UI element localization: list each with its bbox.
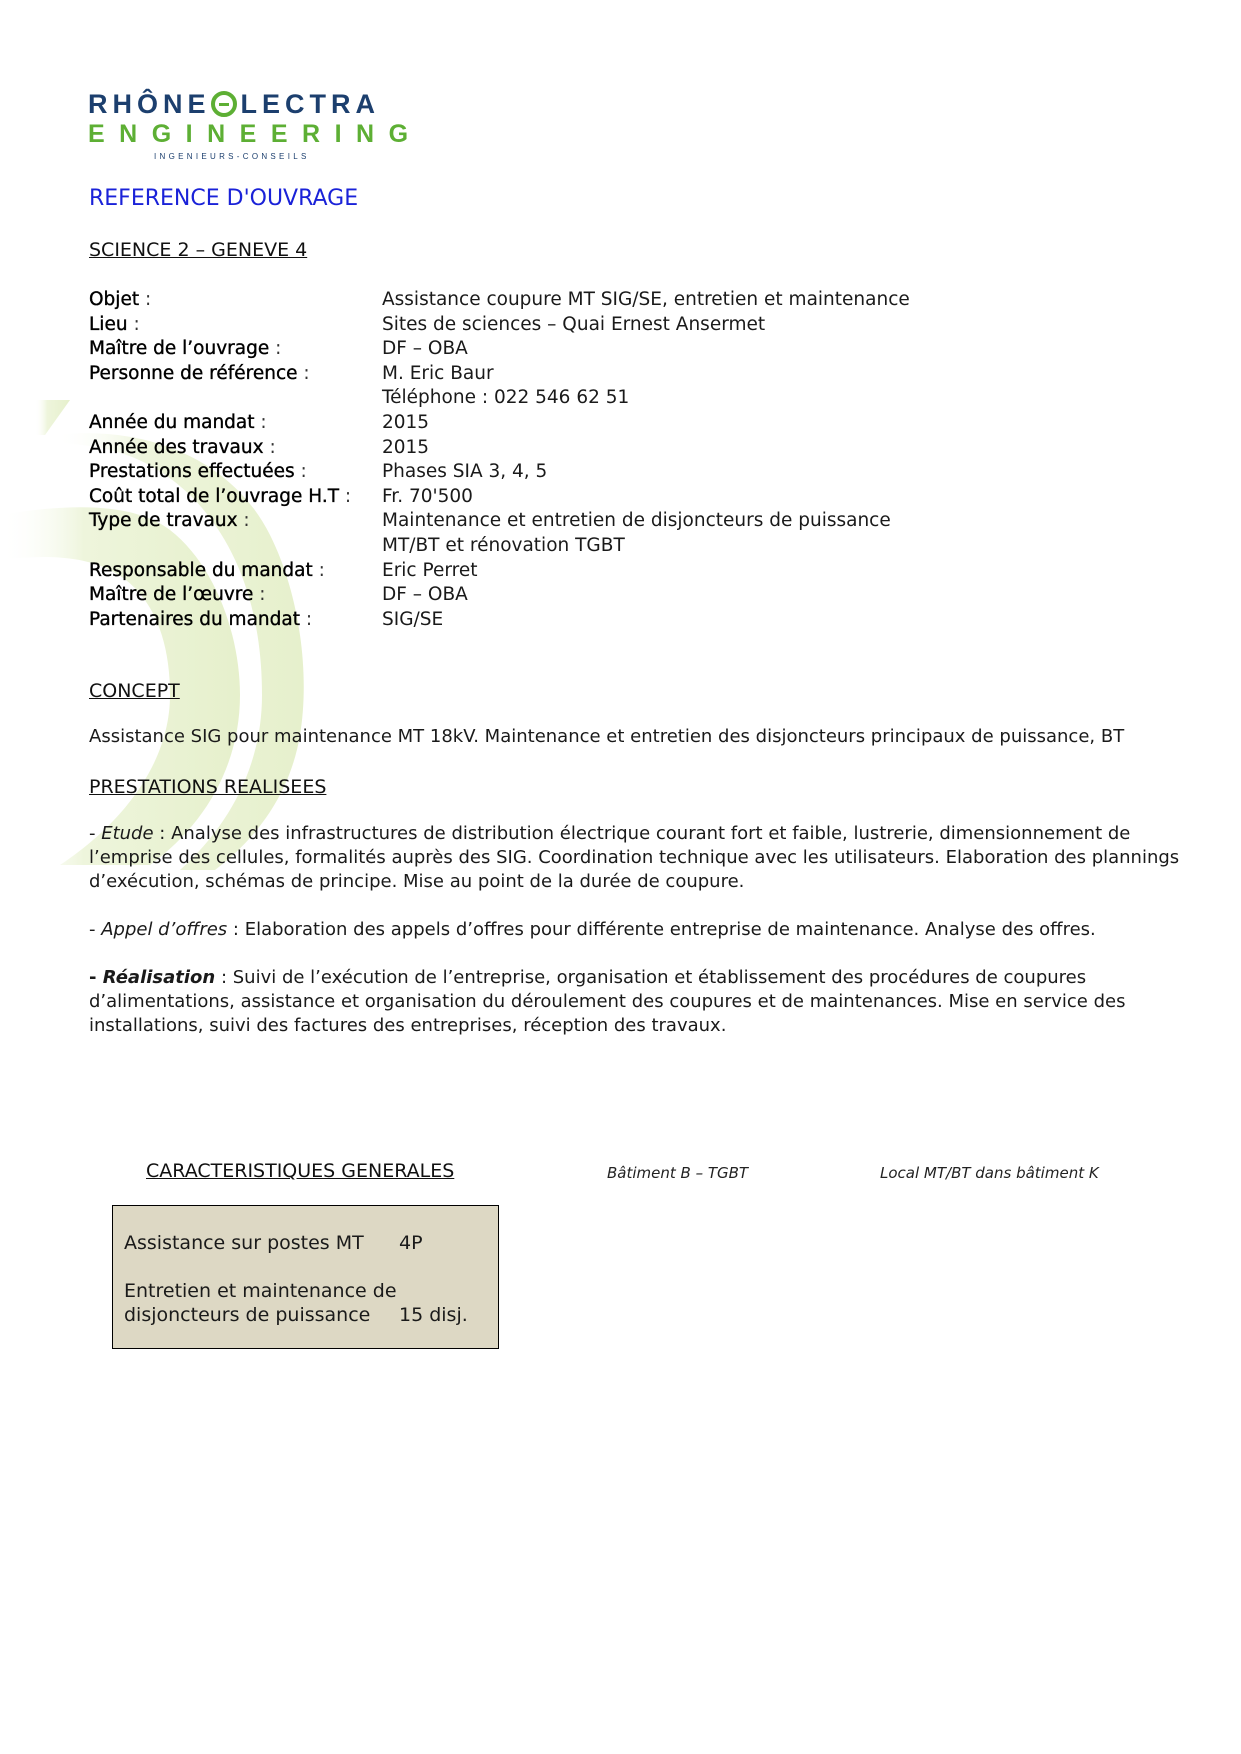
info-label: Prestations effectuées :	[89, 460, 382, 485]
caracteristiques-table: Assistance sur postes MT 4P Entretien et…	[112, 1205, 499, 1349]
info-label: Coût total de l’ouvrage H.T :	[89, 485, 382, 510]
info-label-text: Coût total de l’ouvrage H.T	[89, 486, 339, 507]
info-label: Maître de l’œuvre :	[89, 583, 382, 608]
table-row: Entretien et maintenance de disjoncteurs…	[124, 1279, 488, 1327]
logo-e-icon	[211, 91, 237, 117]
info-label-text: Maître de l’ouvrage	[89, 338, 269, 359]
info-label-text: Type de travaux	[89, 510, 238, 531]
caracteristiques-heading: CARACTERISTIQUES GENERALES	[146, 1160, 454, 1182]
prestation-etude: - Etude : Analyse des infrastructures de…	[89, 822, 1199, 894]
info-label-colon: :	[269, 338, 281, 359]
info-label-text: Année des travaux	[89, 437, 264, 458]
info-label-colon: :	[339, 486, 351, 507]
info-label: Lieu :	[89, 313, 382, 338]
info-row: Objet :Assistance coupure MT SIG/SE, ent…	[89, 288, 910, 313]
info-label: Année du mandat :	[89, 411, 382, 436]
info-value: Assistance coupure MT SIG/SE, entretien …	[382, 288, 910, 313]
info-label-text: Personne de référence	[89, 363, 298, 384]
info-row: Partenaires du mandat :SIG/SE	[89, 608, 910, 633]
info-value: Fr. 70'500	[382, 485, 473, 510]
info-label-colon: :	[295, 461, 307, 482]
photo-caption-batiment-b: Bâtiment B – TGBT	[607, 1164, 748, 1182]
info-label-text: Année du mandat	[89, 412, 255, 433]
logo-text-lectra: LECTRA	[241, 89, 381, 120]
characteristic-value: 4P	[399, 1231, 423, 1255]
logo-text-engineering: ENGINEERING	[88, 120, 388, 150]
characteristic-label: Entretien et maintenance de disjoncteurs…	[124, 1279, 399, 1327]
document-title: REFERENCE D'OUVRAGE	[89, 186, 358, 211]
prestation-keyword: Appel d’offres	[101, 919, 227, 940]
info-label: Responsable du mandat :	[89, 559, 382, 584]
info-label-colon: :	[139, 289, 151, 310]
bullet-dash: -	[89, 823, 101, 844]
info-row: Coût total de l’ouvrage H.T :Fr. 70'500	[89, 485, 910, 510]
info-label-colon: :	[300, 609, 312, 630]
info-value: Maintenance et entretien de disjoncteurs…	[382, 509, 891, 558]
info-label: Partenaires du mandat :	[89, 608, 382, 633]
characteristic-value: 15 disj.	[399, 1303, 468, 1327]
project-info-list: Objet :Assistance coupure MT SIG/SE, ent…	[89, 288, 910, 632]
info-label-colon: :	[255, 412, 267, 433]
info-label-colon: :	[264, 437, 276, 458]
concept-heading: CONCEPT	[89, 680, 180, 702]
info-label-colon: :	[298, 363, 310, 384]
info-row: Année des travaux :2015	[89, 436, 910, 461]
info-label-colon: :	[313, 560, 325, 581]
project-title: SCIENCE 2 – GENEVE 4	[89, 239, 307, 261]
info-value: 2015	[382, 436, 429, 461]
company-logo: RHÔNE LECTRA ENGINEERING INGENIEURS-CONS…	[88, 88, 388, 161]
info-value: 2015	[382, 411, 429, 436]
separator: :	[154, 823, 172, 844]
info-label-text: Responsable du mandat	[89, 560, 313, 581]
info-value: DF – OBA	[382, 583, 468, 608]
characteristic-label: Assistance sur postes MT	[124, 1231, 399, 1255]
info-value: SIG/SE	[382, 608, 443, 633]
logo-tagline: INGENIEURS-CONSEILS	[154, 152, 388, 161]
table-row: Assistance sur postes MT 4P	[124, 1231, 488, 1255]
bullet-dash: -	[89, 967, 103, 988]
info-row: Année du mandat :2015	[89, 411, 910, 436]
info-label-colon: :	[253, 584, 265, 605]
prestation-text: Analyse des infrastructures de distribut…	[89, 823, 1179, 892]
prestation-realisation: - Réalisation : Suivi de l’exécution de …	[89, 966, 1199, 1038]
info-row: Personne de référence :M. Eric Baur Télé…	[89, 362, 910, 411]
info-label-text: Partenaires du mandat	[89, 609, 300, 630]
prestation-appel-offres: - Appel d’offres : Elaboration des appel…	[89, 918, 1199, 942]
info-label-colon: :	[238, 510, 250, 531]
separator: :	[227, 919, 245, 940]
prestation-text: Elaboration des appels d’offres pour dif…	[245, 919, 1096, 940]
info-label: Objet :	[89, 288, 382, 313]
info-label-text: Prestations effectuées	[89, 461, 295, 482]
info-label-text: Objet	[89, 289, 139, 310]
info-row: Type de travaux :Maintenance et entretie…	[89, 509, 910, 558]
info-row: Lieu :Sites de sciences – Quai Ernest An…	[89, 313, 910, 338]
info-label: Maître de l’ouvrage :	[89, 337, 382, 362]
info-value: Eric Perret	[382, 559, 477, 584]
info-row: Responsable du mandat :Eric Perret	[89, 559, 910, 584]
info-row: Maître de l’œuvre :DF – OBA	[89, 583, 910, 608]
info-label: Personne de référence :	[89, 362, 382, 411]
info-value: M. Eric Baur Téléphone : 022 546 62 51	[382, 362, 629, 411]
prestation-keyword: Réalisation	[103, 967, 215, 988]
concept-text: Assistance SIG pour maintenance MT 18kV.…	[89, 725, 1199, 749]
photo-caption-local-mt-bt: Local MT/BT dans bâtiment K	[880, 1164, 1099, 1182]
prestation-keyword: Etude	[101, 823, 153, 844]
info-value: Phases SIA 3, 4, 5	[382, 460, 547, 485]
prestations-heading: PRESTATIONS REALISEES	[89, 776, 326, 798]
logo-text-rhone: RHÔNE	[88, 89, 211, 120]
bullet-dash: -	[89, 919, 101, 940]
info-label: Type de travaux :	[89, 509, 382, 558]
info-label: Année des travaux :	[89, 436, 382, 461]
info-row: Maître de l’ouvrage :DF – OBA	[89, 337, 910, 362]
info-row: Prestations effectuées :Phases SIA 3, 4,…	[89, 460, 910, 485]
info-label-colon: :	[128, 314, 140, 335]
separator: :	[215, 967, 233, 988]
info-label-text: Maître de l’œuvre	[89, 584, 253, 605]
info-value: Sites de sciences – Quai Ernest Ansermet	[382, 313, 765, 338]
info-value: DF – OBA	[382, 337, 468, 362]
info-label-text: Lieu	[89, 314, 128, 335]
prestation-text: Suivi de l’exécution de l’entreprise, or…	[89, 967, 1125, 1036]
